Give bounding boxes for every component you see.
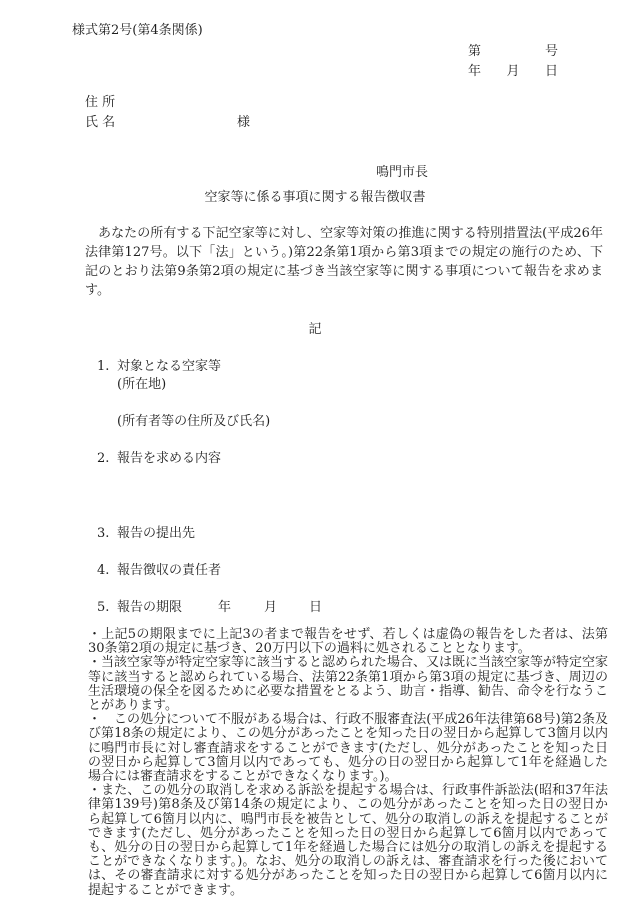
list-item-4: 4.報告徴収の責任者: [97, 559, 221, 578]
list-item-2: 2.報告を求める内容: [97, 447, 221, 466]
document-title: 空家等に係る事項に関する報告徴収書: [0, 186, 630, 205]
document-date-row: 年 月 日: [468, 60, 558, 79]
list-item-3: 3.報告の提出先: [97, 522, 195, 541]
document-number-prefix: 第: [468, 40, 481, 59]
document-number-suffix: 号: [545, 40, 558, 59]
date-day-label: 日: [545, 60, 558, 79]
list-item-1: 1.対象となる空家等: [97, 355, 221, 374]
list-item-4-label: 報告徴収の責任者: [117, 563, 221, 578]
list-item-5-number: 5.: [97, 600, 117, 615]
honorific-label: 様: [237, 111, 250, 130]
list-item-1-sub-location: (所在地): [117, 373, 166, 392]
record-marker: 記: [0, 318, 630, 337]
list-item-3-label: 報告の提出先: [117, 526, 195, 541]
list-item-1-number: 1.: [97, 359, 117, 374]
document-page: 様式第2号(第4条関係) 第 号 年 月 日 住 所 氏 名 様 鳴門市長 空家…: [0, 0, 630, 903]
list-item-5: 5.報告の期限 年 月 日: [97, 596, 397, 615]
deadline-year-label: 年: [218, 596, 231, 615]
list-item-1-label: 対象となる空家等: [117, 359, 221, 374]
list-item-5-label: 報告の期限: [117, 600, 182, 615]
date-year-label: 年: [468, 60, 481, 79]
recipient-address-row: 住 所: [85, 91, 115, 110]
legal-notes: ・上記5の期限までに上記3の者まで報告をせず、若しくは虚偽の報告をした者は、法第…: [88, 628, 608, 898]
form-number-label: 様式第2号(第4条関係): [72, 19, 203, 38]
deadline-day-label: 日: [309, 596, 322, 615]
note-measures: ・当該空家等が特定空家等に該当すると認められた場合、又は既に当該空家等が特定空家…: [88, 656, 608, 713]
deadline-month-label: 月: [264, 596, 277, 615]
name-label: 氏 名: [85, 115, 115, 130]
list-item-1-sub-owner: (所有者等の住所及び氏名): [117, 410, 270, 429]
note-lawsuit: ・また、この処分の取消しを求める訴訟を提起する場合は、行政事件訴訟法(昭和37年…: [88, 784, 608, 898]
list-item-3-number: 3.: [97, 526, 117, 541]
address-label: 住 所: [85, 95, 115, 110]
list-item-2-number: 2.: [97, 451, 117, 466]
recipient-name-row: 氏 名 様: [85, 111, 385, 130]
note-appeal: ・ この処分について不服がある場合は、行政不服審査法(平成26年法律第68号)第…: [88, 713, 608, 784]
list-item-2-label: 報告を求める内容: [117, 451, 221, 466]
issuer-name: 鳴門市長: [376, 161, 428, 180]
date-month-label: 月: [506, 60, 519, 79]
document-number-row: 第 号: [468, 40, 558, 59]
intro-paragraph: あなたの所有する下記空家等に対し、空家等対策の推進に関する特別措置法(平成26年…: [85, 224, 603, 300]
note-penalty: ・上記5の期限までに上記3の者まで報告をせず、若しくは虚偽の報告をした者は、法第…: [88, 628, 608, 656]
list-item-4-number: 4.: [97, 563, 117, 578]
